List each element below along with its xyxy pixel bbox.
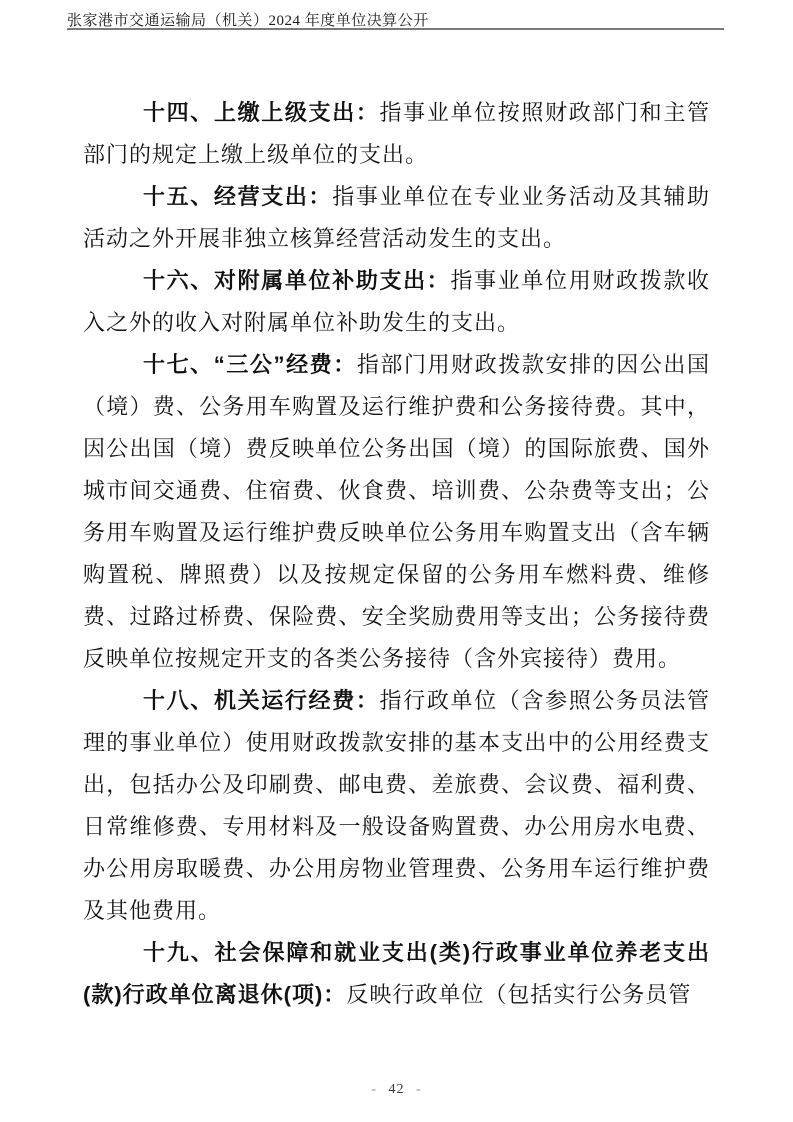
paragraph-text: 反映行政单位（包括实行公务员管: [346, 982, 691, 1007]
paragraph: 十八、机关运行经费：指行政单位（含参照公务员法管理的事业单位）使用财政拨款安排的…: [83, 680, 710, 932]
footer-dash-left: -: [371, 1082, 377, 1097]
paragraph-lead: 十四、上缴上级支出：: [143, 100, 380, 125]
paragraph: 十四、上缴上级支出：指事业单位按照财政部门和主管部门的规定上缴上级单位的支出。: [83, 92, 710, 176]
paragraph: 十五、经营支出：指事业单位在专业业务活动及其辅助活动之外开展非独立核算经营活动发…: [83, 176, 710, 260]
paragraph-text: 指行政单位（含参照公务员法管理的事业单位）使用财政拨款安排的基本支出中的公用经费…: [83, 688, 710, 923]
header-rule: [67, 28, 724, 30]
paragraph-lead: 十八、机关运行经费：: [143, 688, 380, 713]
paragraph-lead: 十七、“三公”经费：: [143, 352, 357, 377]
document-body: 十四、上缴上级支出：指事业单位按照财政部门和主管部门的规定上缴上级单位的支出。十…: [83, 92, 710, 1016]
paragraph-lead: 十六、对附属单位补助支出：: [143, 268, 450, 293]
header-title: 张家港市交通运输局（机关）2024 年度单位决算公开: [67, 9, 429, 30]
paragraph-lead: 十五、经营支出：: [143, 184, 332, 209]
paragraph-text: 指部门用财政拨款安排的因公出国（境）费、公务用车购置及运行维护费和公务接待费。其…: [83, 352, 710, 671]
paragraph: 十九、社会保障和就业支出(类)行政事业单位养老支出(款)行政单位离退休(项)：反…: [83, 932, 710, 1016]
paragraph: 十六、对附属单位补助支出：指事业单位用财政拨款收入之外的收入对附属单位补助发生的…: [83, 260, 710, 344]
page-number: 42: [382, 1082, 412, 1097]
paragraph: 十七、“三公”经费：指部门用财政拨款安排的因公出国（境）费、公务用车购置及运行维…: [83, 344, 710, 680]
footer-dash-right: -: [416, 1082, 422, 1097]
page-footer: - 42 -: [0, 1082, 793, 1098]
document-page: 张家港市交通运输局（机关）2024 年度单位决算公开 十四、上缴上级支出：指事业…: [0, 0, 793, 1122]
